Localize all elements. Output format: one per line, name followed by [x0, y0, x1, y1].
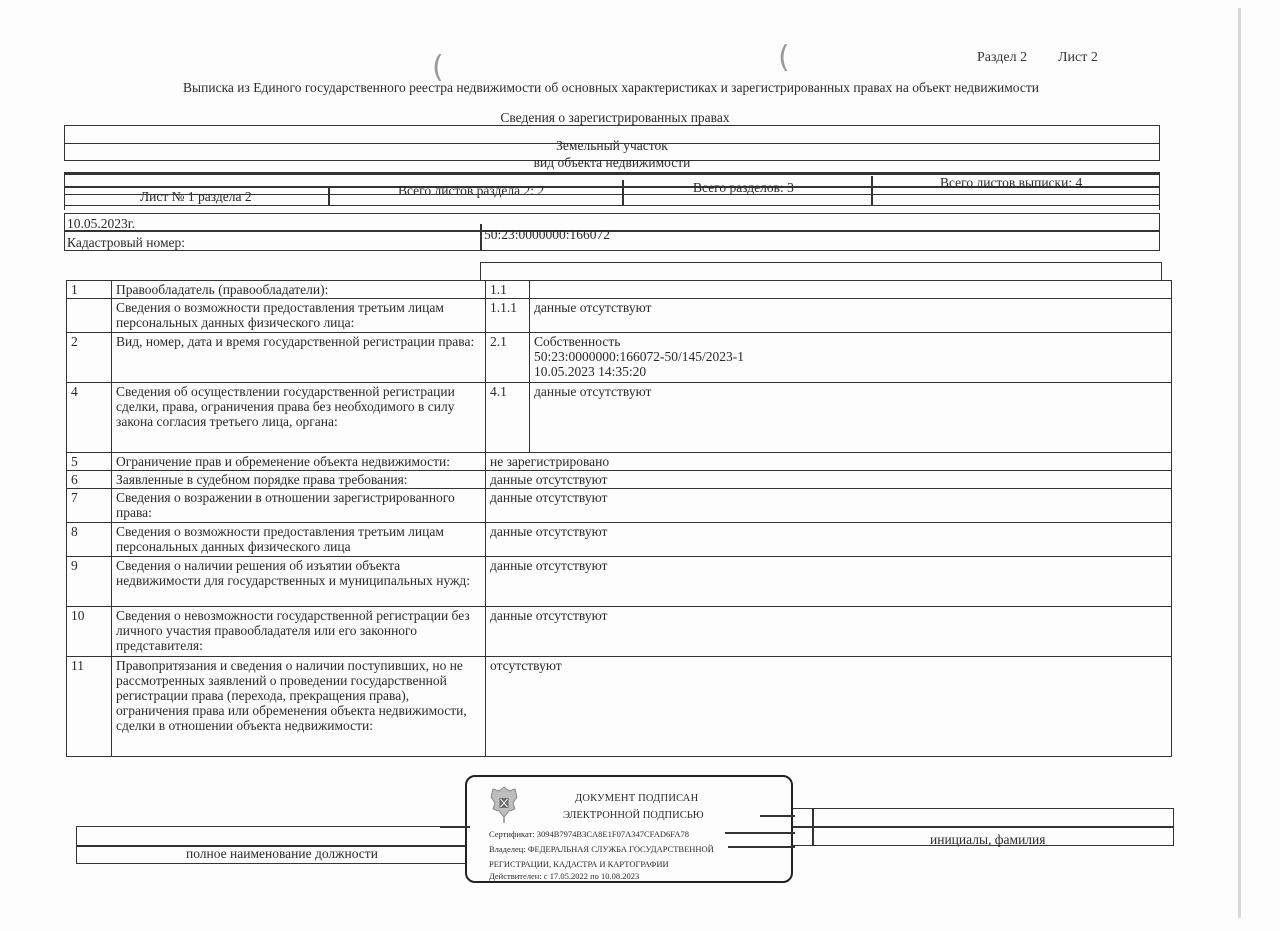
- table-row: 9 Сведения о наличии решения об изъятии …: [67, 557, 1172, 607]
- right-type: Собственность: [534, 334, 1167, 349]
- divider: [792, 826, 1174, 828]
- row-value: отсутствуют: [486, 657, 1172, 757]
- sheet-ref: Лист 2: [1058, 50, 1098, 66]
- row-label: Сведения об осуществлении государственно…: [112, 383, 486, 453]
- punch-hole-icon: (: [778, 40, 790, 75]
- row-label: Правообладатель (правообладатели):: [112, 281, 486, 299]
- certificate: Сертификат: 3094B7974B3CA8E1F07A347CFAD6…: [489, 829, 689, 839]
- table-header-strip: [480, 262, 1162, 280]
- stamp-title: ДОКУМЕНТ ПОДПИСАН: [575, 793, 698, 804]
- table-row: 10 Сведения о невозможности государствен…: [67, 607, 1172, 657]
- table-row: 4 Сведения об осуществлении государствен…: [67, 383, 1172, 453]
- table-row: 5 Ограничение прав и обременение объекта…: [67, 453, 1172, 471]
- row-label: Сведения о возможности предоставления тр…: [112, 523, 486, 557]
- row-label: Заявленные в судебном порядке права треб…: [112, 471, 486, 489]
- table-row: Сведения о возможности предоставления тр…: [67, 299, 1172, 333]
- rights-table: 1 Правообладатель (правообладатели): 1.1…: [66, 280, 1172, 757]
- row-label: Сведения о возможности предоставления тр…: [112, 299, 486, 333]
- total-sections: Всего разделов: 3: [693, 180, 794, 195]
- position-caption: полное наименование должности: [186, 846, 378, 861]
- table-row: 11 Правопритязания и сведения о наличии …: [67, 657, 1172, 757]
- cadastral-number: 50:23:0000000:166072: [484, 227, 610, 242]
- row-subnumber: 2.1: [486, 333, 530, 383]
- row-number: 6: [67, 471, 112, 489]
- divider: [480, 224, 482, 251]
- total-sheets: Всего листов выписки: 4: [940, 175, 1082, 190]
- section-ref: Раздел 2: [977, 50, 1027, 66]
- owner-line-2: РЕГИСТРАЦИИ, КАДАСТРА И КАРТОГРАФИИ: [489, 859, 669, 869]
- row-value: Собственность 50:23:0000000:166072-50/14…: [530, 333, 1172, 383]
- row-number: 8: [67, 523, 112, 557]
- row-value: [530, 281, 1172, 299]
- row-number: 10: [67, 607, 112, 657]
- row-value: данные отсутствуют: [486, 523, 1172, 557]
- divider: [440, 826, 470, 828]
- name-caption: инициалы, фамилия: [930, 832, 1045, 847]
- table-row: 2 Вид, номер, дата и время государственн…: [67, 333, 1172, 383]
- row-number: 4: [67, 383, 112, 453]
- row-value: данные отсутствуют: [486, 557, 1172, 607]
- registration-number: 50:23:0000000:166072-50/145/2023-1: [534, 349, 1167, 364]
- row-number: 2: [67, 333, 112, 383]
- row-label: Сведения о возражении в отношении зареги…: [112, 489, 486, 523]
- row-label: Вид, номер, дата и время государственной…: [112, 333, 486, 383]
- divider: [64, 230, 1160, 232]
- extract-date: 10.05.2023г.: [67, 216, 135, 231]
- row-value: не зарегистрировано: [486, 453, 1172, 471]
- row-number: 7: [67, 489, 112, 523]
- object-type-caption: вид объекта недвижимости: [64, 155, 1160, 170]
- e-signature-stamp: ДОКУМЕНТ ПОДПИСАН ЭЛЕКТРОННОЙ ПОДПИСЬЮ С…: [465, 775, 793, 883]
- row-subnumber: 4.1: [486, 383, 530, 453]
- row-value: данные отсутствуют: [486, 471, 1172, 489]
- row-label: Ограничение прав и обременение объекта н…: [112, 453, 486, 471]
- row-number: 9: [67, 557, 112, 607]
- row-subnumber: 1.1.1: [486, 299, 530, 333]
- coat-of-arms-icon: [487, 783, 521, 823]
- row-value: данные отсутствуют: [486, 489, 1172, 523]
- table-row: 6 Заявленные в судебном порядке права тр…: [67, 471, 1172, 489]
- row-number: 11: [67, 657, 112, 757]
- row-number: 5: [67, 453, 112, 471]
- stamp-subtitle: ЭЛЕКТРОННОЙ ПОДПИСЬЮ: [563, 810, 704, 821]
- table-row: 8 Сведения о возможности предоставления …: [67, 523, 1172, 557]
- divider: [728, 846, 795, 848]
- divider: [760, 815, 795, 817]
- row-value: данные отсутствуют: [530, 383, 1172, 453]
- document-title: Выписка из Единого государственного реес…: [0, 80, 1222, 96]
- scan-edge: [1238, 8, 1241, 918]
- owner-line-1: Владелец: ФЕДЕРАЛЬНАЯ СЛУЖБА ГОСУДАРСТВЕ…: [489, 844, 714, 854]
- row-number: [67, 299, 112, 333]
- registration-datetime: 10.05.2023 14:35:20: [534, 364, 1167, 379]
- row-subnumber: 1.1: [486, 281, 530, 299]
- table-row: 7 Сведения о возражении в отношении заре…: [67, 489, 1172, 523]
- table-row: 1 Правообладатель (правообладатели): 1.1: [67, 281, 1172, 299]
- row-label: Сведения о наличии решения об изъятии об…: [112, 557, 486, 607]
- document-subtitle: Сведения о зарегистрированных правах: [0, 110, 1230, 126]
- cadastral-label: Кадастровый номер:: [67, 235, 185, 250]
- row-label: Правопритязания и сведения о наличии пос…: [112, 657, 486, 757]
- row-value: данные отсутствуют: [530, 299, 1172, 333]
- cadastral-box: [64, 213, 1160, 251]
- divider: [725, 832, 795, 834]
- validity: Действителен: с 17.05.2022 по 10.08.2023: [489, 871, 639, 881]
- row-label: Сведения о невозможности государственной…: [112, 607, 486, 657]
- divider: [812, 808, 814, 846]
- date-top-box: [64, 194, 1160, 210]
- row-number: 1: [67, 281, 112, 299]
- row-value: данные отсутствуют: [486, 607, 1172, 657]
